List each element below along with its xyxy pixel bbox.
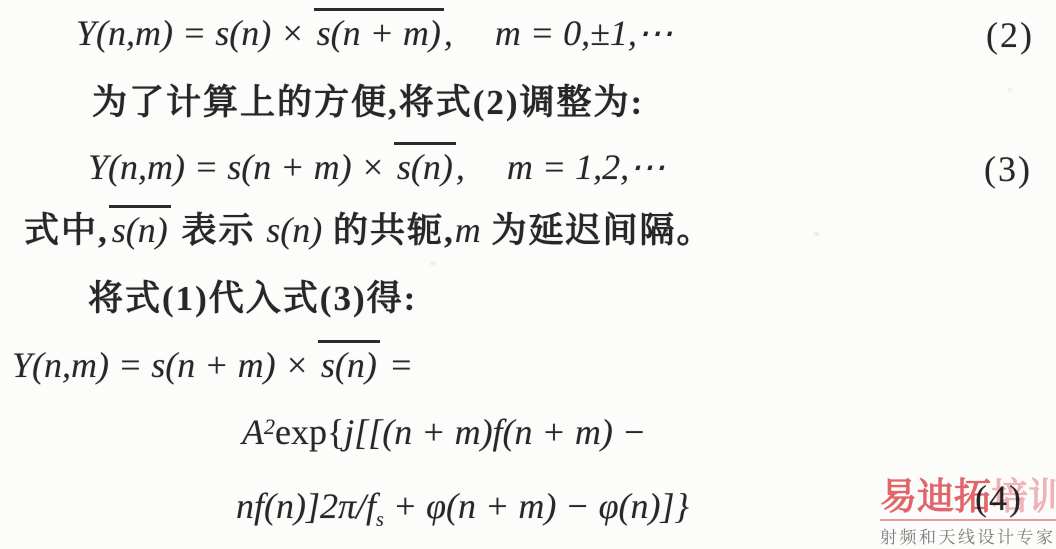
where-prefix: 式中, [24, 211, 109, 250]
eq4-exp-operator: exp{ [275, 412, 344, 452]
watermark-brand-strong: 易迪拓 [880, 476, 991, 517]
equation-3-number: (3) [984, 148, 1032, 190]
eq2-comma: , [444, 13, 453, 53]
eq4-amplitude: A [242, 412, 264, 452]
eq4-sampling-subscript: s [376, 509, 384, 531]
eq4-phase-part3: + φ(n + m) − φ(n)]} [384, 486, 689, 526]
eq3-condition: m = 1,2,⋯ [507, 147, 665, 187]
equation-2-number: (2) [986, 14, 1034, 56]
paragraph-adjust-note: 为了计算上的方便,将式(2)调整为: [92, 80, 644, 126]
eq4-lhs: Y(n,m) = s(n + m) × [12, 345, 318, 385]
where-text-3: 为延迟间隔。 [481, 211, 714, 250]
eq4-phase-part1: j[[(n + m)f(n + m) − [344, 412, 646, 452]
equation-4-line3: nf(n)]2π/fs + φ(n + m) − φ(n)]} [236, 482, 689, 534]
watermark-brand-light: 培训 [991, 476, 1056, 517]
scan-speckle [814, 232, 819, 236]
equation-3: Y(n,m) = s(n + m) × s(n),m = 1,2,⋯ [88, 142, 665, 192]
equation-2: Y(n,m) = s(n) × s(n + m),m = 0,±1,⋯ [76, 8, 673, 58]
scan-speckle [430, 262, 436, 265]
eq2-lhs: Y(n,m) = s(n) × [76, 13, 314, 53]
scan-speckle [1008, 88, 1012, 91]
eq4-phase-part2: nf(n)]2π/f [236, 486, 376, 526]
eq3-conjugate-overline: s(n) [394, 142, 456, 187]
eq2-condition: m = 0,±1,⋯ [495, 13, 673, 53]
watermark-logo: 易迪拓培训 射频和天线设计专家 [880, 477, 1056, 548]
equation-4-line2: A2exp{j[[(n + m)f(n + m) − [242, 408, 646, 457]
eq2-conjugate-overline: s(n + m) [314, 8, 444, 53]
where-text-2: 的共轭, [322, 211, 455, 250]
eq4-amplitude-exponent: 2 [264, 414, 275, 439]
paragraph-substitute-note: 将式(1)代入式(3)得: [88, 276, 417, 322]
where-signal-term: s(n) [266, 210, 322, 250]
paragraph-where-clause: 式中,s(n) 表示 s(n) 的共轭,m 为延迟间隔。 [24, 205, 714, 254]
watermark-brand: 易迪拓培训 [880, 477, 1056, 521]
where-text-1: 表示 [171, 211, 267, 250]
scanned-paper-page: Y(n,m) = s(n) × s(n + m),m = 0,±1,⋯ (2) … [0, 0, 1056, 549]
eq3-comma: , [456, 147, 465, 187]
eq3-lhs: Y(n,m) = s(n + m) × [88, 147, 394, 187]
eq4-equals: = [380, 345, 413, 385]
eq4-conjugate-overline: s(n) [318, 340, 380, 385]
watermark-subtitle: 射频和天线设计专家 [880, 523, 1056, 548]
where-delay-var: m [455, 210, 481, 250]
where-conjugate-overline: s(n) [109, 205, 171, 250]
equation-4-line1: Y(n,m) = s(n + m) × s(n) = [12, 340, 413, 390]
